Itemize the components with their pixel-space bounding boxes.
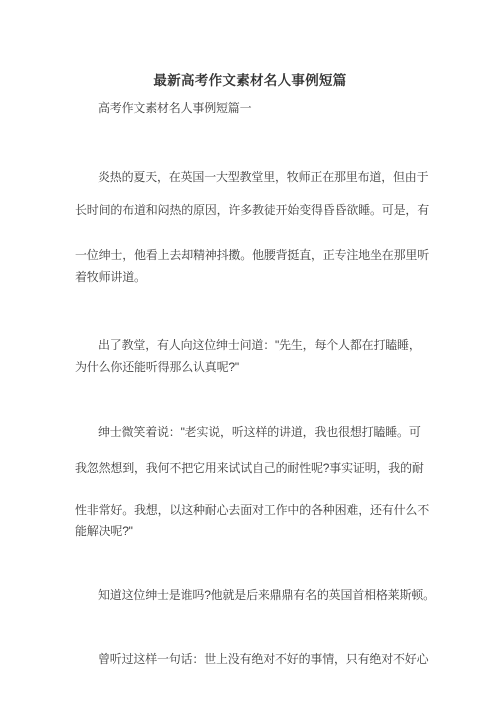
paragraph-5-line-1: 曾听过这样一句话：世上没有绝对不好的事情，只有绝对不好心	[98, 652, 498, 667]
paragraph-1-line-4: 着牧师讲道。	[75, 270, 475, 285]
paragraph-3-line-3: 性非常好。我想，以这种耐心去面对工作中的各种困难，还有什么不	[75, 503, 475, 518]
paragraph-1-line-2: 长时间的布道和闷热的原因，许多教徒开始变得昏昏欲睡。可是，有	[75, 203, 475, 218]
paragraph-1-line-3: 一位绅士，他看上去却精神抖擞。他腰背挺直，正专注地坐在那里听	[75, 248, 475, 263]
paragraph-4-line-1: 知道这位绅士是谁吗?他就是后来鼎鼎有名的英国首相格莱斯顿。	[98, 588, 498, 603]
paragraph-1-line-1: 炎热的夏天，在英国一大型教堂里，牧师正在那里布道，但由于	[98, 170, 498, 185]
paragraph-3-line-2: 我忽然想到，我何不把它用来试试自己的耐性呢?事实证明，我的耐	[75, 461, 475, 476]
page-subtitle: 高考作文素材名人事例短篇一	[98, 101, 498, 116]
document-page: 最新高考作文素材名人事例短篇 高考作文素材名人事例短篇一 炎热的夏天，在英国一大…	[0, 0, 500, 708]
paragraph-2-line-2: 为什么你还能听得那么认真呢?"	[75, 360, 475, 375]
page-title: 最新高考作文素材名人事例短篇	[0, 73, 500, 89]
paragraph-3-line-1: 绅士微笑着说："老实说，听这样的讲道，我也很想打瞌睡。可	[98, 425, 498, 440]
paragraph-2-line-1: 出了教堂，有人向这位绅士问道："先生，每个人都在打瞌睡，	[98, 338, 498, 353]
paragraph-3-line-4: 能解决呢?"	[75, 524, 475, 539]
